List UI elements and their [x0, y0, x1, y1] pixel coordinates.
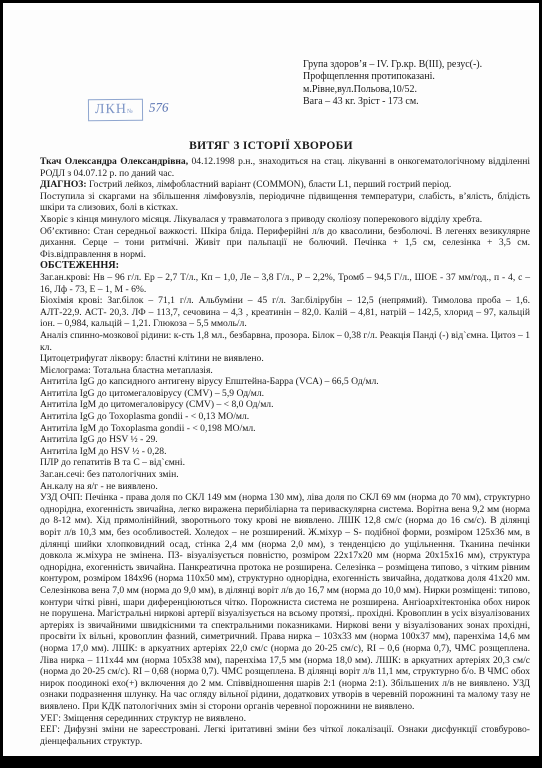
exam-item: Мієлограма: Тотальна бластна метаплазія. [40, 365, 530, 377]
stamp-number: 576 [149, 98, 169, 118]
exam-item: Антитіла IgM до HSV ½ - 0,28. [40, 446, 530, 458]
exam-item: Антитіла IgM до цитомегаловірусу (CMV) –… [40, 399, 530, 411]
exam-item: Заг.ан.крові: Нв – 96 г/л. Ер – 2,7 Т/л.… [40, 272, 530, 295]
exams-heading: ОБСТЕЖЕННЯ: [40, 260, 530, 272]
registry-stamp: ЛКН№ 576 [88, 99, 143, 121]
diagnosis-text: Гострий лейкоз, лімфобластний варіант (C… [87, 179, 452, 190]
exam-item: Антитіла IgG до Toxoplasma gondii - < 0,… [40, 411, 530, 423]
health-group-line: Група здоров’я – IV. Гр.кр. В(ІІІ), резу… [303, 59, 539, 71]
document-page: Група здоров’я – IV. Гр.кр. В(ІІІ), резу… [3, 3, 539, 756]
address-line: м.Рівне,вул.Польова,10/52. [303, 84, 539, 96]
exam-item: ПЛР до гепатитів В та С – від`ємні. [40, 457, 530, 469]
stamp-label: ЛКН [95, 102, 127, 117]
exam-item: УЗД ОЧП: Печінка - права доля по СКЛ 149… [40, 492, 530, 712]
patient-info-block: Група здоров’я – IV. Гр.кр. В(ІІІ), резу… [303, 59, 539, 109]
exam-item: Цитоцетрифугат ліквору: бластні клітини … [40, 353, 530, 365]
document-body: Ткач Олександра Олександрівна, 04.12.199… [40, 156, 530, 747]
exam-list: Заг.ан.крові: Нв – 96 г/л. Ер – 2,7 Т/л.… [40, 272, 530, 747]
document-title: ВИТЯГ З ІСТОРІЇ ХВОРОБИ [3, 140, 539, 152]
exam-item: Антитіла IgG до HSV ½ - 29. [40, 434, 530, 446]
exam-item: Ан.калу на я/г - не виявлено. [40, 481, 530, 493]
vaccination-line: Профщеплення протипоказані. [303, 71, 539, 83]
complaints: Поступила зі скаргами на збільшення лімф… [40, 191, 530, 214]
exam-item: Антитіла IgG до цитомегаловірусу (CMV) –… [40, 388, 530, 400]
patient-intro: Ткач Олександра Олександрівна, 04.12.199… [40, 156, 530, 179]
exam-item: ЕЕГ: Дифузні зміни не зареєстровані. Лег… [40, 724, 530, 747]
exam-item: Аналіз спинно-мозкової рідини: к-сть 1,8… [40, 330, 530, 353]
history: Хворіє з кінця минулого місяця. Лікувала… [40, 214, 530, 226]
weight-height-line: Вага – 43 кг. Зріст - 173 см. [303, 96, 539, 108]
diagnosis-label: ДІАГНОЗ: [40, 179, 87, 190]
patient-name: Ткач Олександра Олександрівна, [40, 156, 188, 167]
stamp-no-sign: № [127, 109, 133, 115]
exam-item: УЕГ: Зміщення серединних структур не вия… [40, 713, 530, 725]
exam-item: Антитіла IgG до капсидного антигену віру… [40, 376, 530, 388]
exam-item: Заг.ан.сечі: без патологічних змін. [40, 469, 530, 481]
exam-item: Антитіла IgM до Toxoplasma gondii - < 0,… [40, 423, 530, 435]
exam-item: Біохімія крові: Заг.білок – 71,1 г/л. Ал… [40, 295, 530, 330]
diagnosis: ДІАГНОЗ: Гострий лейкоз, лімфобластний в… [40, 179, 530, 191]
objective-exam: Об’єктивно: Стан середньої важкості. Шкі… [40, 226, 530, 261]
